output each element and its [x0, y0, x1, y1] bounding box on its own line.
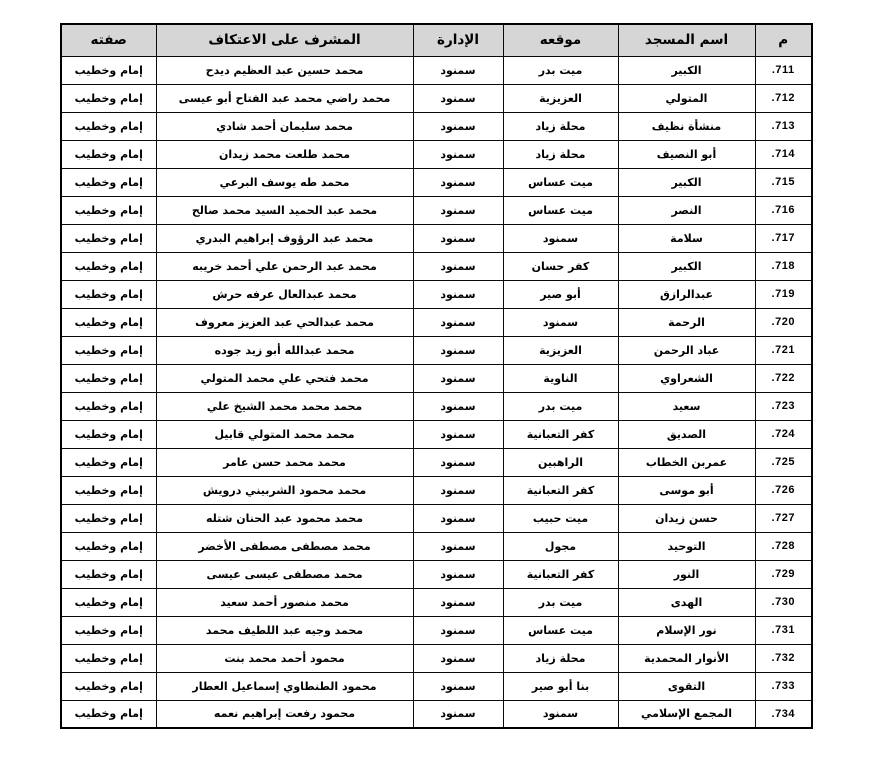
cell-role: إمام وخطيب — [61, 336, 156, 364]
cell-supervisor: محمد محمود عبد الحنان شتله — [156, 504, 413, 532]
cell-mosque: منشأة نظيف — [618, 112, 755, 140]
table-row: .734المجمع الإسلاميسمنودسمنودمحمود رفعت … — [61, 700, 812, 728]
column-header-location: موقعه — [503, 24, 618, 56]
cell-role: إمام وخطيب — [61, 588, 156, 616]
cell-location: كفر حسان — [503, 252, 618, 280]
cell-admin: سمنود — [413, 420, 503, 448]
cell-supervisor: محمد حسين عبد العظيم ديدح — [156, 56, 413, 84]
cell-role: إمام وخطيب — [61, 560, 156, 588]
cell-num: .719 — [755, 280, 812, 308]
cell-supervisor: محمد راضي محمد عبد الفتاح أبو عيسى — [156, 84, 413, 112]
table-body: .711الكبيرميت بدرسمنودمحمد حسين عبد العظ… — [61, 56, 812, 728]
cell-role: إمام وخطيب — [61, 140, 156, 168]
cell-mosque: عباد الرحمن — [618, 336, 755, 364]
cell-num: .729 — [755, 560, 812, 588]
cell-supervisor: محمد محمد المتولي قابيل — [156, 420, 413, 448]
cell-supervisor: محمد مصطفى مصطفى الأخضر — [156, 532, 413, 560]
header-row: ماسم المسجدموقعهالإدارةالمشرف على الاعتك… — [61, 24, 812, 56]
table-row: .714أبو النصيفمحلة زيادسمنودمحمد طلعت مح… — [61, 140, 812, 168]
cell-mosque: المجمع الإسلامي — [618, 700, 755, 728]
cell-admin: سمنود — [413, 308, 503, 336]
cell-mosque: الكبير — [618, 168, 755, 196]
cell-mosque: المتولي — [618, 84, 755, 112]
cell-admin: سمنود — [413, 700, 503, 728]
cell-supervisor: محمد عبدالحي عبد العزيز معروف — [156, 308, 413, 336]
cell-supervisor: محمد مصطفى عيسى عيسى — [156, 560, 413, 588]
cell-supervisor: محمد محمد محمد الشيخ علي — [156, 392, 413, 420]
cell-num: .722 — [755, 364, 812, 392]
cell-num: .734 — [755, 700, 812, 728]
cell-supervisor: محمود الطنطاوي إسماعيل العطار — [156, 672, 413, 700]
cell-role: إمام وخطيب — [61, 700, 156, 728]
cell-location: العزيزية — [503, 84, 618, 112]
cell-role: إمام وخطيب — [61, 112, 156, 140]
column-header-mosque: اسم المسجد — [618, 24, 755, 56]
table-row: .721عباد الرحمنالعزيزيةسمنودمحمد عبدالله… — [61, 336, 812, 364]
cell-location: سمنود — [503, 700, 618, 728]
cell-supervisor: محمد عبد الرحمن علي أحمد خريبه — [156, 252, 413, 280]
cell-role: إمام وخطيب — [61, 448, 156, 476]
cell-num: .732 — [755, 644, 812, 672]
cell-mosque: الهدى — [618, 588, 755, 616]
cell-supervisor: محمد طلعت محمد زيدان — [156, 140, 413, 168]
cell-role: إمام وخطيب — [61, 364, 156, 392]
cell-admin: سمنود — [413, 644, 503, 672]
cell-num: .725 — [755, 448, 812, 476]
table-row: .728التوحيدمجولسمنودمحمد مصطفى مصطفى الأ… — [61, 532, 812, 560]
table-header: ماسم المسجدموقعهالإدارةالمشرف على الاعتك… — [61, 24, 812, 56]
cell-role: إمام وخطيب — [61, 196, 156, 224]
cell-num: .733 — [755, 672, 812, 700]
cell-mosque: نور الإسلام — [618, 616, 755, 644]
cell-admin: سمنود — [413, 364, 503, 392]
cell-admin: سمنود — [413, 532, 503, 560]
cell-location: أبو صير — [503, 280, 618, 308]
cell-supervisor: محمد سليمان أحمد شادي — [156, 112, 413, 140]
table-row: .732الأنوار المحمديةمحلة زيادسمنودمحمود … — [61, 644, 812, 672]
cell-location: محلة زياد — [503, 112, 618, 140]
table-row: .713منشأة نظيفمحلة زيادسمنودمحمد سليمان … — [61, 112, 812, 140]
column-header-num: م — [755, 24, 812, 56]
cell-mosque: عبدالرازق — [618, 280, 755, 308]
cell-supervisor: محمود رفعت إبراهيم نعمه — [156, 700, 413, 728]
cell-num: .724 — [755, 420, 812, 448]
table-row: .724الصديقكفر التعبانيةسمنودمحمد محمد ال… — [61, 420, 812, 448]
cell-mosque: النور — [618, 560, 755, 588]
cell-num: .723 — [755, 392, 812, 420]
table-row: .711الكبيرميت بدرسمنودمحمد حسين عبد العظ… — [61, 56, 812, 84]
cell-admin: سمنود — [413, 196, 503, 224]
cell-supervisor: محمد عبدالعال عرفه حرش — [156, 280, 413, 308]
table-row: .722الشعراويالناويةسمنودمحمد فتحي علي مح… — [61, 364, 812, 392]
cell-role: إمام وخطيب — [61, 168, 156, 196]
table-row: .733التقوىبنا أبو صيرسمنودمحمود الطنطاوي… — [61, 672, 812, 700]
cell-mosque: الكبير — [618, 252, 755, 280]
cell-admin: سمنود — [413, 504, 503, 532]
cell-admin: سمنود — [413, 112, 503, 140]
cell-admin: سمنود — [413, 476, 503, 504]
cell-mosque: سعيد — [618, 392, 755, 420]
cell-location: ميت بدر — [503, 56, 618, 84]
cell-num: .726 — [755, 476, 812, 504]
column-header-role: صفته — [61, 24, 156, 56]
cell-num: .720 — [755, 308, 812, 336]
cell-role: إمام وخطيب — [61, 84, 156, 112]
table-row: .725عمربن الخطابالراهبينسمنودمحمد محمد ح… — [61, 448, 812, 476]
cell-num: .712 — [755, 84, 812, 112]
cell-mosque: أبو النصيف — [618, 140, 755, 168]
document-sheet: ماسم المسجدموقعهالإدارةالمشرف على الاعتك… — [60, 23, 813, 729]
table-row: .716النصرميت عساسسمنودمحمد عبد الحميد ال… — [61, 196, 812, 224]
table-row: .730الهدىميت بدرسمنودمحمد منصور أحمد سعي… — [61, 588, 812, 616]
cell-admin: سمنود — [413, 168, 503, 196]
cell-supervisor: محمد طه يوسف البرعي — [156, 168, 413, 196]
table-row: .717سلامةسمنودسمنودمحمد عبد الرؤوف إبراه… — [61, 224, 812, 252]
cell-location: ميت بدر — [503, 392, 618, 420]
cell-location: مجول — [503, 532, 618, 560]
table-row: .731نور الإسلامميت عساسسمنودمحمد وجيه عب… — [61, 616, 812, 644]
cell-admin: سمنود — [413, 56, 503, 84]
cell-location: ميت عساس — [503, 168, 618, 196]
cell-num: .711 — [755, 56, 812, 84]
cell-mosque: الكبير — [618, 56, 755, 84]
cell-supervisor: محمد عبد الرؤوف إبراهيم البدري — [156, 224, 413, 252]
cell-location: ميت عساس — [503, 616, 618, 644]
table-row: .729النوركفر التعبانيةسمنودمحمد مصطفى عي… — [61, 560, 812, 588]
column-header-supervisor: المشرف على الاعتكاف — [156, 24, 413, 56]
cell-location: كفر التعبانية — [503, 560, 618, 588]
cell-admin: سمنود — [413, 560, 503, 588]
cell-role: إمام وخطيب — [61, 392, 156, 420]
cell-mosque: عمربن الخطاب — [618, 448, 755, 476]
mosques-table: ماسم المسجدموقعهالإدارةالمشرف على الاعتك… — [60, 23, 813, 729]
table-row: .720الرحمةسمنودسمنودمحمد عبدالحي عبد الع… — [61, 308, 812, 336]
table-row: .726أبو موسىكفر التعبانيةسمنودمحمد محمود… — [61, 476, 812, 504]
column-header-admin: الإدارة — [413, 24, 503, 56]
table-row: .715الكبيرميت عساسسمنودمحمد طه يوسف البر… — [61, 168, 812, 196]
table-row: .718الكبيركفر حسانسمنودمحمد عبد الرحمن ع… — [61, 252, 812, 280]
cell-mosque: الصديق — [618, 420, 755, 448]
cell-num: .714 — [755, 140, 812, 168]
cell-num: .716 — [755, 196, 812, 224]
cell-role: إمام وخطيب — [61, 504, 156, 532]
cell-supervisor: محمد محمد حسن عامر — [156, 448, 413, 476]
cell-mosque: الرحمة — [618, 308, 755, 336]
cell-admin: سمنود — [413, 140, 503, 168]
cell-role: إمام وخطيب — [61, 56, 156, 84]
cell-role: إمام وخطيب — [61, 420, 156, 448]
cell-location: سمنود — [503, 308, 618, 336]
cell-role: إمام وخطيب — [61, 644, 156, 672]
cell-mosque: التوحيد — [618, 532, 755, 560]
cell-num: .730 — [755, 588, 812, 616]
cell-location: ميت عساس — [503, 196, 618, 224]
cell-supervisor: محمد محمود الشربيني درويش — [156, 476, 413, 504]
table-row: .723سعيدميت بدرسمنودمحمد محمد محمد الشيخ… — [61, 392, 812, 420]
cell-num: .727 — [755, 504, 812, 532]
cell-location: محلة زياد — [503, 140, 618, 168]
cell-location: العزيزية — [503, 336, 618, 364]
cell-num: .731 — [755, 616, 812, 644]
cell-mosque: النصر — [618, 196, 755, 224]
cell-role: إمام وخطيب — [61, 476, 156, 504]
cell-admin: سمنود — [413, 448, 503, 476]
cell-admin: سمنود — [413, 588, 503, 616]
cell-location: كفر التعبانية — [503, 420, 618, 448]
cell-location: ميت حبيب — [503, 504, 618, 532]
cell-supervisor: محمد عبدالله أبو زيد جوده — [156, 336, 413, 364]
cell-role: إمام وخطيب — [61, 280, 156, 308]
cell-location: كفر التعبانية — [503, 476, 618, 504]
cell-mosque: الأنوار المحمدية — [618, 644, 755, 672]
cell-role: إمام وخطيب — [61, 308, 156, 336]
cell-num: .728 — [755, 532, 812, 560]
cell-num: .717 — [755, 224, 812, 252]
cell-mosque: حسن زيدان — [618, 504, 755, 532]
cell-role: إمام وخطيب — [61, 532, 156, 560]
cell-num: .718 — [755, 252, 812, 280]
cell-supervisor: محمد منصور أحمد سعيد — [156, 588, 413, 616]
cell-num: .715 — [755, 168, 812, 196]
cell-role: إمام وخطيب — [61, 224, 156, 252]
table-row: .719عبدالرازقأبو صيرسمنودمحمد عبدالعال ع… — [61, 280, 812, 308]
cell-admin: سمنود — [413, 392, 503, 420]
cell-admin: سمنود — [413, 336, 503, 364]
cell-admin: سمنود — [413, 672, 503, 700]
cell-num: .713 — [755, 112, 812, 140]
cell-location: محلة زياد — [503, 644, 618, 672]
table-row: .727حسن زيدانميت حبيبسمنودمحمد محمود عبد… — [61, 504, 812, 532]
cell-mosque: الشعراوي — [618, 364, 755, 392]
cell-admin: سمنود — [413, 252, 503, 280]
cell-admin: سمنود — [413, 280, 503, 308]
cell-location: بنا أبو صير — [503, 672, 618, 700]
cell-supervisor: محمد فتحي علي محمد المتولي — [156, 364, 413, 392]
cell-location: ميت بدر — [503, 588, 618, 616]
cell-role: إمام وخطيب — [61, 252, 156, 280]
cell-admin: سمنود — [413, 84, 503, 112]
cell-role: إمام وخطيب — [61, 672, 156, 700]
cell-mosque: التقوى — [618, 672, 755, 700]
cell-role: إمام وخطيب — [61, 616, 156, 644]
cell-supervisor: محمد وجيه عبد اللطيف محمد — [156, 616, 413, 644]
cell-supervisor: محمد عبد الحميد السيد محمد صالح — [156, 196, 413, 224]
cell-location: الناوية — [503, 364, 618, 392]
cell-location: سمنود — [503, 224, 618, 252]
cell-supervisor: محمود أحمد محمد بنت — [156, 644, 413, 672]
cell-admin: سمنود — [413, 224, 503, 252]
table-row: .712المتوليالعزيزيةسمنودمحمد راضي محمد ع… — [61, 84, 812, 112]
cell-mosque: سلامة — [618, 224, 755, 252]
cell-admin: سمنود — [413, 616, 503, 644]
scanned-document-page: { "colors": { "page_bg": "#ffffff", "hea… — [0, 0, 872, 774]
cell-mosque: أبو موسى — [618, 476, 755, 504]
cell-num: .721 — [755, 336, 812, 364]
cell-location: الراهبين — [503, 448, 618, 476]
